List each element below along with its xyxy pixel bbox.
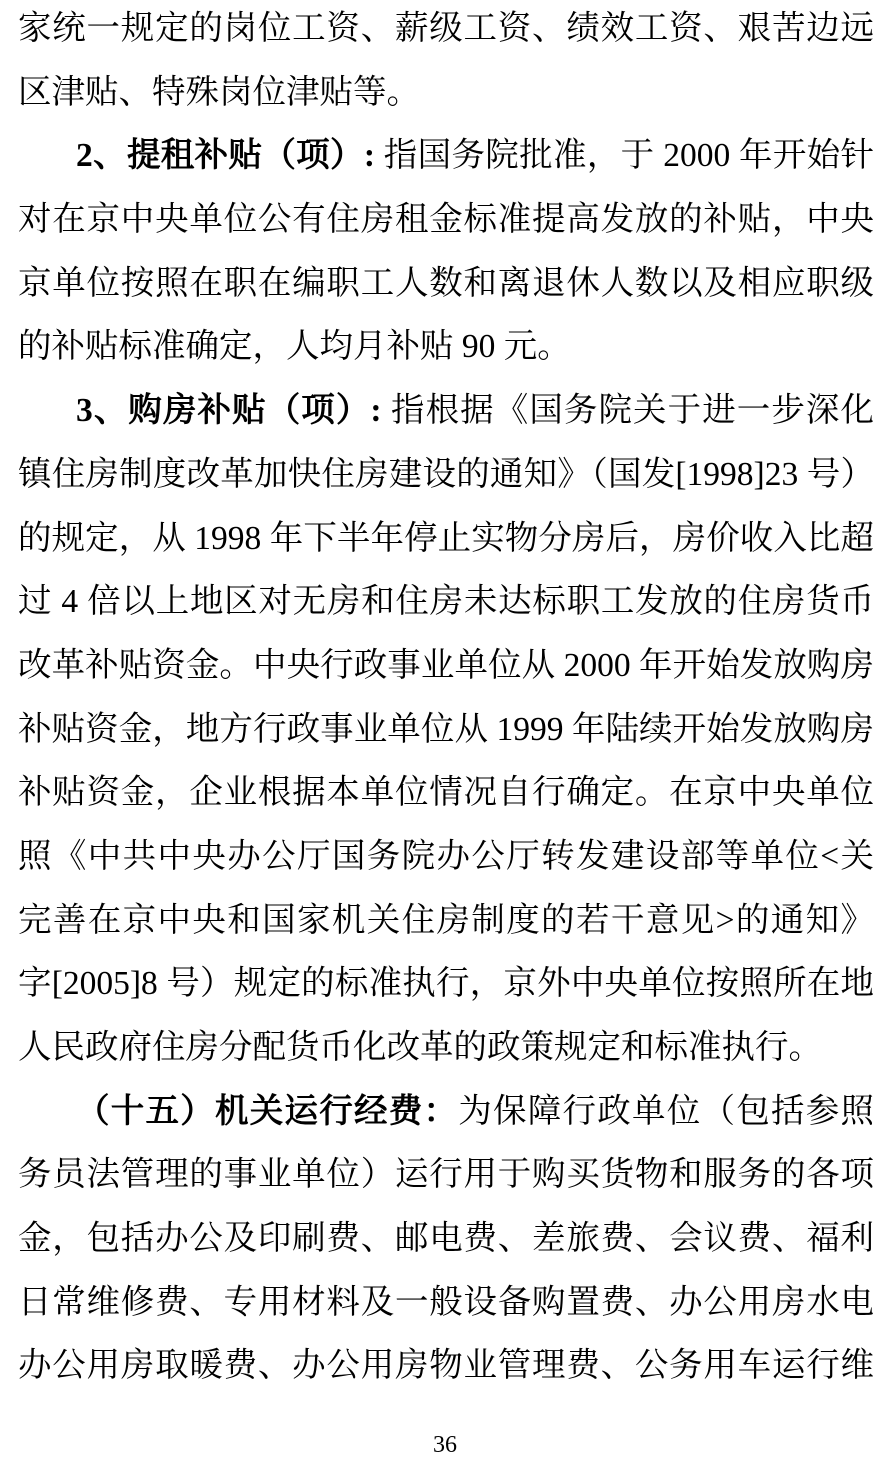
text-line: 改革补贴资金。中央行政事业单位从 2000 年开始发放购房 [18, 634, 874, 698]
text-segment: 的补贴标准确定，人均月补贴 90 元。 [18, 328, 571, 365]
text-segment: 的规定，从 1998 年下半年停止实物分房后，房价收入比超 [18, 520, 874, 557]
text-segment: 区津贴、特殊岗位津贴等。 [18, 74, 420, 111]
term-heading: （十五）机关运行经费： [76, 1093, 458, 1130]
text-line: 的规定，从 1998 年下半年停止实物分房后，房价收入比超 [18, 507, 874, 571]
text-line: 对在京中央单位公有住房租金标准提高发放的补贴，中央在 [18, 188, 874, 252]
text-line: 金，包括办公及印刷费、邮电费、差旅费、会议费、福利费、 [18, 1207, 874, 1271]
text-line: 2、提租补贴（项）: 指国务院批准，于 2000 年开始针 [18, 124, 874, 188]
text-line: 完善在京中央和国家机关住房制度的若干意见>的通知》（厅 [18, 889, 874, 953]
paragraph-house-purchase-subsidy: 3、购房补贴（项）: 指根据《国务院关于进一步深化城镇住房制度改革加快住房建设的… [18, 379, 874, 1080]
text-line: 日常维修费、专用材料及一般设备购置费、办公用房水电费、 [18, 1271, 874, 1335]
text-line: 京单位按照在职在编职工人数和离退休人数以及相应职级 [18, 252, 874, 316]
text-segment: 对在京中央单位公有住房租金标准提高发放的补贴，中央在 [18, 201, 874, 252]
text-line: 区津贴、特殊岗位津贴等。 [18, 61, 874, 125]
document-body: 家统一规定的岗位工资、薪级工资、绩效工资、艰苦边远地区津贴、特殊岗位津贴等。2、… [18, 0, 874, 1398]
text-segment: 办公用房取暖费、办公用房物业管理费、公务用车运行维护 [18, 1347, 874, 1398]
text-segment: 改革补贴资金。中央行政事业单位从 2000 年开始发放购房 [18, 647, 874, 684]
term-heading: 3、购房补贴（项）: [76, 392, 382, 429]
text-line: 补贴资金，地方行政事业单位从 1999 年陆续开始发放购房 [18, 698, 874, 762]
paragraph-rent-increase-subsidy: 2、提租补贴（项）: 指国务院批准，于 2000 年开始针对在京中央单位公有住房… [18, 124, 874, 379]
text-segment: 指国务院批准，于 2000 年开始针 [375, 137, 874, 174]
text-line: 家统一规定的岗位工资、薪级工资、绩效工资、艰苦边远地 [18, 0, 874, 61]
text-line: 字[2005]8 号）规定的标准执行，京外中央单位按照所在地 [18, 952, 874, 1016]
text-segment: 日常维修费、专用材料及一般设备购置费、办公用房水电费、 [18, 1284, 874, 1335]
text-segment: 过 4 倍以上地区对无房和住房未达标职工发放的住房货币化 [18, 583, 874, 634]
text-segment: 补贴资金，地方行政事业单位从 1999 年陆续开始发放购房 [18, 711, 874, 748]
text-line: 过 4 倍以上地区对无房和住房未达标职工发放的住房货币化 [18, 570, 874, 634]
text-segment: 人民政府住房分配货币化改革的政策规定和标准执行。 [18, 1029, 822, 1066]
text-segment: 字[2005]8 号）规定的标准执行，京外中央单位按照所在地 [18, 965, 874, 1002]
paragraph-salary-wages-continuation: 家统一规定的岗位工资、薪级工资、绩效工资、艰苦边远地区津贴、特殊岗位津贴等。 [18, 0, 874, 124]
text-segment: 金，包括办公及印刷费、邮电费、差旅费、会议费、福利费、 [18, 1220, 874, 1271]
text-line: 的补贴标准确定，人均月补贴 90 元。 [18, 315, 874, 379]
text-line: （十五）机关运行经费：为保障行政单位（包括参照公 [18, 1080, 874, 1144]
text-segment: 务员法管理的事业单位）运行用于购买货物和服务的各项资 [18, 1156, 874, 1207]
page-number: 36 [0, 1430, 890, 1460]
text-segment: 家统一规定的岗位工资、薪级工资、绩效工资、艰苦边远地 [18, 10, 874, 61]
term-heading: 2、提租补贴（项）: [76, 137, 375, 174]
text-segment: 京单位按照在职在编职工人数和离退休人数以及相应职级 [18, 265, 874, 302]
paragraph-agency-operating-expenses: （十五）机关运行经费：为保障行政单位（包括参照公务员法管理的事业单位）运行用于购… [18, 1080, 874, 1398]
text-line: 办公用房取暖费、办公用房物业管理费、公务用车运行维护 [18, 1334, 874, 1398]
text-line: 镇住房制度改革加快住房建设的通知》（国发[1998]23 号） [18, 443, 874, 507]
text-line: 人民政府住房分配货币化改革的政策规定和标准执行。 [18, 1016, 874, 1080]
text-line: 照《中共中央办公厅国务院办公厅转发建设部等单位<关于 [18, 825, 874, 889]
text-segment: 完善在京中央和国家机关住房制度的若干意见>的通知》（厅 [18, 902, 874, 953]
text-segment: 镇住房制度改革加快住房建设的通知》（国发[1998]23 号） [18, 456, 874, 493]
text-line: 补贴资金，企业根据本单位情况自行确定。在京中央单位按 [18, 761, 874, 825]
text-line: 务员法管理的事业单位）运行用于购买货物和服务的各项资 [18, 1143, 874, 1207]
text-segment: 照《中共中央办公厅国务院办公厅转发建设部等单位<关于 [18, 838, 874, 889]
text-segment: 补贴资金，企业根据本单位情况自行确定。在京中央单位按 [18, 774, 874, 825]
document-page: 家统一规定的岗位工资、薪级工资、绩效工资、艰苦边远地区津贴、特殊岗位津贴等。2、… [0, 0, 890, 1481]
text-line: 3、购房补贴（项）: 指根据《国务院关于进一步深化城 [18, 379, 874, 443]
